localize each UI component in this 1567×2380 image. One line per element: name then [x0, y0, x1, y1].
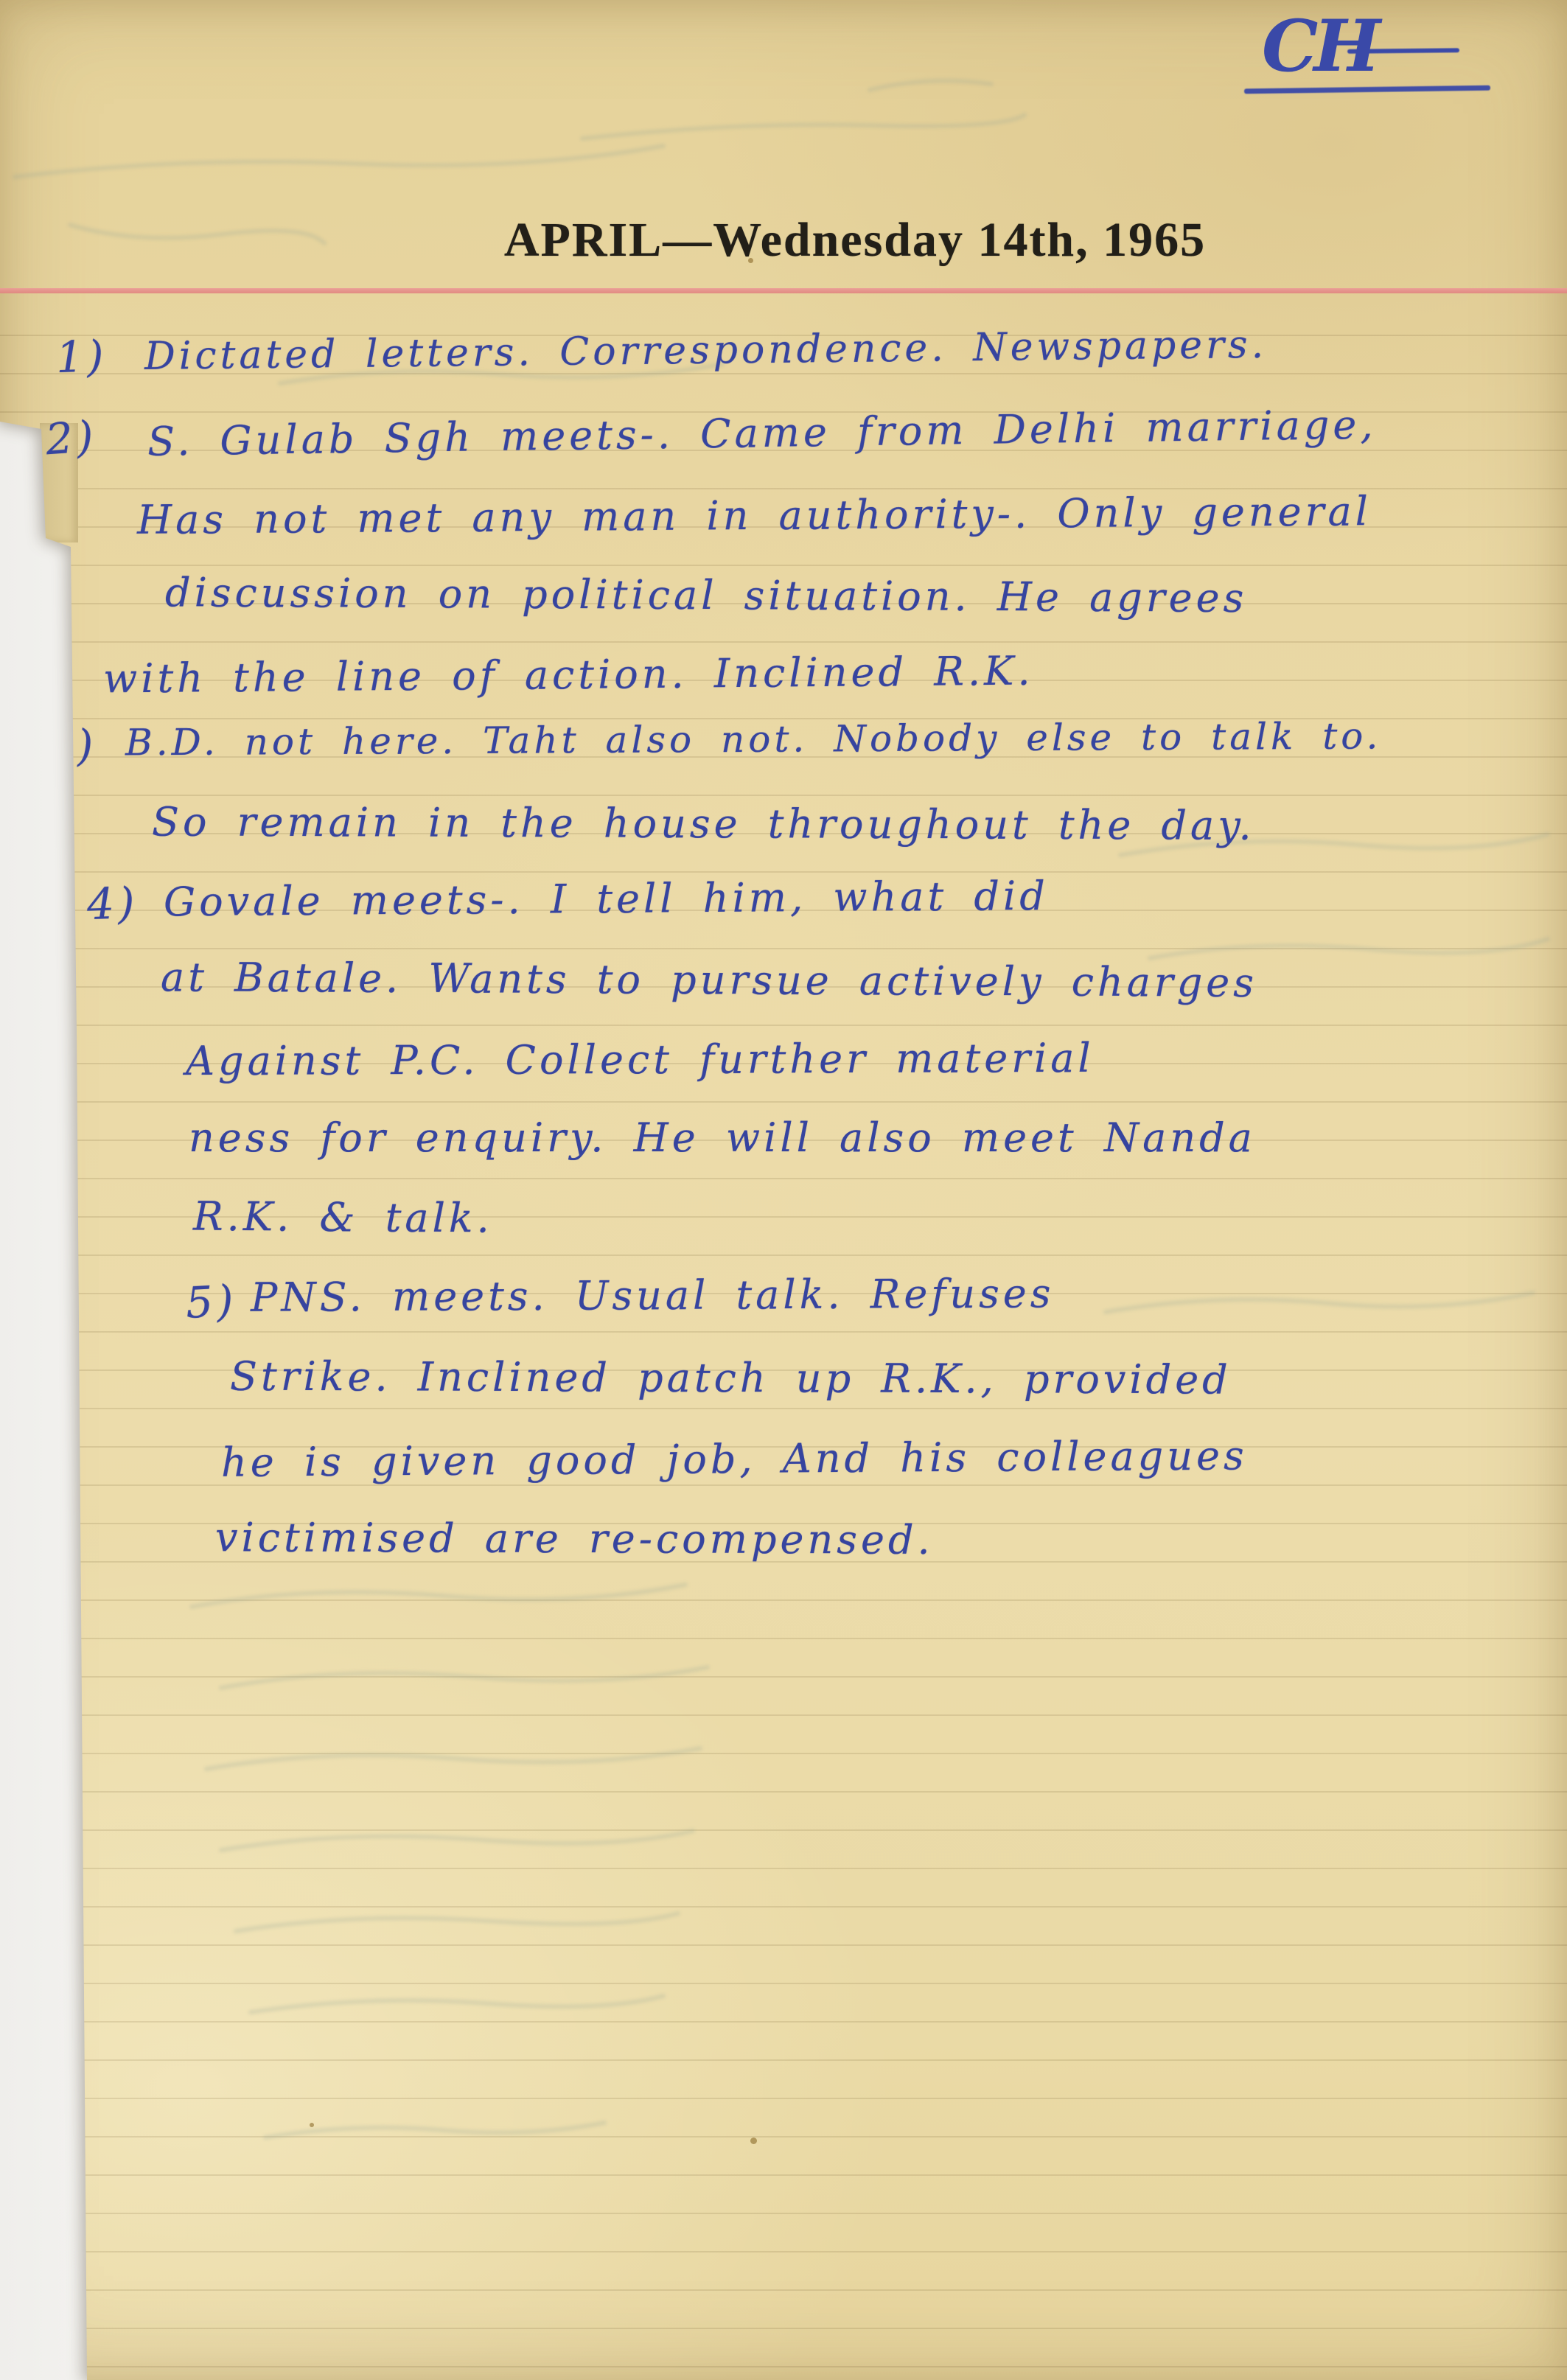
entry-number: 4)	[86, 878, 139, 929]
entry-line: Against P.C. Collect further material	[186, 1035, 1095, 1084]
entry-line: he is given good job, And his colleagues	[221, 1432, 1248, 1486]
entry-line: PNS. meets. Usual talk. Refuses	[251, 1270, 1055, 1321]
header-red-rule	[0, 288, 1567, 293]
entry-line: S. Gulab Sgh meets-. Came from Delhi mar…	[147, 401, 1377, 464]
entry-line: discussion on political situation. He ag…	[165, 569, 1248, 621]
entry-line: R.K. & talk.	[193, 1193, 493, 1242]
entry-line: Has not met any man in authority-. Only …	[137, 488, 1372, 543]
paper-sheet: APRIL—Wednesday 14th, 1965 CH 1) Dictate…	[0, 0, 1567, 2380]
entry-line: ness for enquiry. He will also meet Nand…	[189, 1114, 1256, 1161]
entry-line: victimised are re-compensed.	[215, 1514, 934, 1563]
entry-line: B.D. not here. Taht also not. Nobody els…	[125, 715, 1382, 764]
entry-line: So remain in the house throughout the da…	[152, 798, 1255, 848]
entry-line: at Batale. Wants to pursue actively char…	[161, 954, 1257, 1006]
printed-date-header: APRIL—Wednesday 14th, 1965	[155, 212, 1555, 268]
handwritten-initials: CH	[1262, 4, 1376, 88]
paper-speck	[310, 2123, 314, 2127]
scanned-diary-page: { "page": { "annotation_top_right": "CH"…	[0, 0, 1567, 2380]
paper-sheet-wrap: APRIL—Wednesday 14th, 1965 CH 1) Dictate…	[0, 0, 1567, 2380]
entry-line: Strike. Inclined patch up R.K., provided	[230, 1353, 1232, 1403]
entry-number: 3)	[44, 719, 98, 772]
entry-number: 2)	[44, 411, 99, 465]
entry-line: Dictated letters. Correspondence. Newspa…	[144, 323, 1268, 379]
entry-line: Govale meets-. I tell him, what did	[164, 873, 1049, 925]
paper-speck	[748, 258, 753, 263]
paper-speck	[750, 2138, 757, 2144]
entry-number: 1)	[55, 331, 108, 383]
entry-number: 5)	[184, 1275, 238, 1328]
entry-line: with the line of action. Inclined R.K.	[103, 647, 1034, 702]
initials-strike-line	[1347, 48, 1459, 54]
